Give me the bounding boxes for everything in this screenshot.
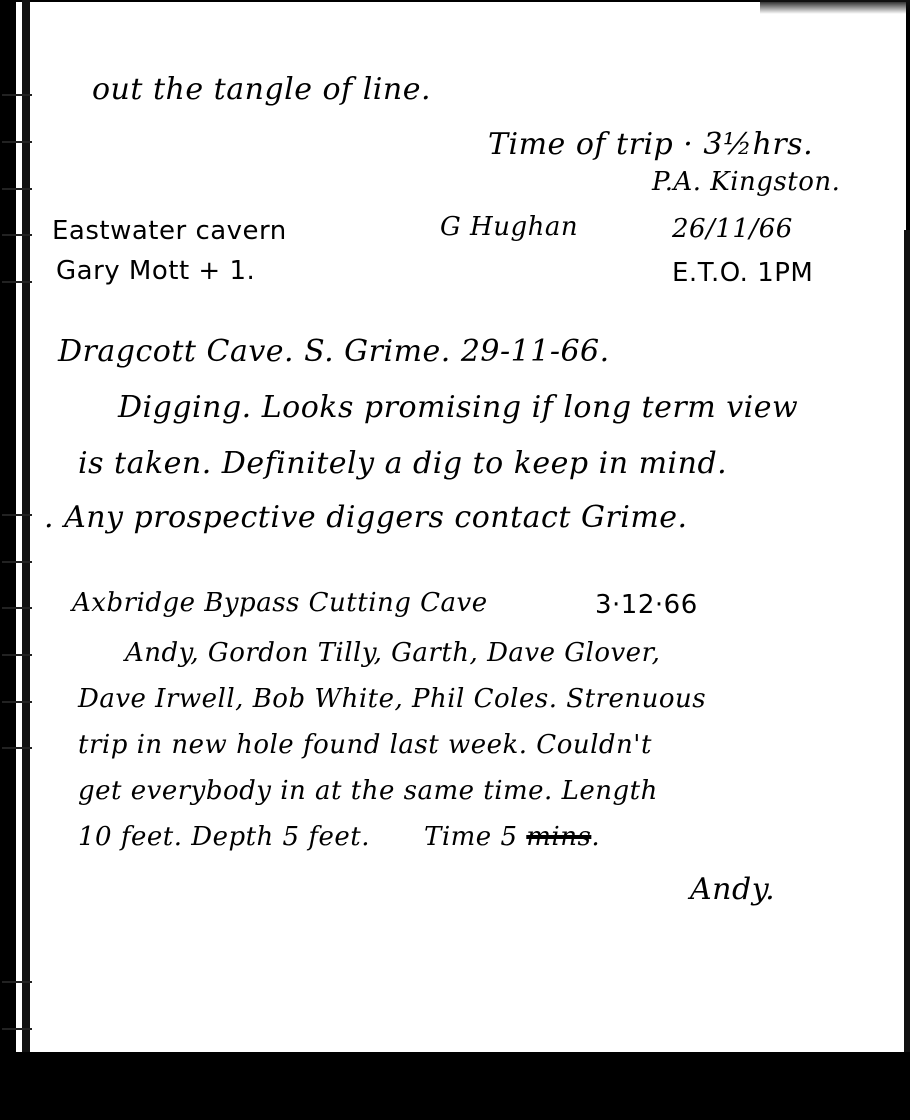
- margin-tick: [2, 747, 32, 749]
- margin-tick: [2, 514, 32, 516]
- entry-line: Time 5 mins.: [424, 822, 600, 852]
- margin-tick: [2, 1028, 32, 1030]
- margin-tick: [2, 141, 32, 143]
- margin-tick: [2, 281, 32, 283]
- entry-party: Gary Mott + 1.: [56, 256, 255, 286]
- entry-time-in: E.T.O. 1PM: [672, 258, 813, 288]
- page-shadow-top: [760, 0, 910, 14]
- entry-date: 3·12·66: [595, 590, 698, 620]
- entry-line: Digging. Looks promising if long term vi…: [118, 390, 798, 425]
- entry-heading: Axbridge Bypass Cutting Cave: [72, 588, 488, 618]
- margin-tick: [2, 188, 32, 190]
- margin-line: [22, 0, 30, 1070]
- line-end: .: [591, 822, 600, 852]
- entry-line: get everybody in at the same time. Lengt…: [78, 776, 658, 806]
- entry-location: Eastwater cavern: [52, 216, 287, 246]
- trip-duration: Time of trip · 3½hrs.: [488, 127, 813, 162]
- margin-tick: [2, 981, 32, 983]
- time-label: Time 5: [424, 822, 518, 852]
- margin-tick: [2, 607, 32, 609]
- struck-word: mins: [526, 822, 591, 852]
- margin-tick: [2, 561, 32, 563]
- entry-line: Dave Irwell, Bob White, Phil Coles. Stre…: [78, 684, 706, 714]
- margin-tick: [2, 94, 32, 96]
- entry-line: is taken. Definitely a dig to keep in mi…: [78, 446, 727, 481]
- entry-leader: G Hughan: [440, 212, 578, 242]
- entry-line: Andy, Gordon Tilly, Garth, Dave Glover,: [125, 638, 660, 668]
- entry-signature: P.A. Kingston.: [652, 167, 840, 197]
- scan-bottom-border: [0, 1052, 910, 1120]
- entry-line: 10 feet. Depth 5 feet.: [78, 822, 370, 852]
- entry-line: trip in new hole found last week. Couldn…: [78, 730, 652, 760]
- margin-tick: [2, 234, 32, 236]
- entry-text-line: out the tangle of line.: [92, 72, 431, 107]
- margin-tick: [2, 654, 32, 656]
- entry-line: . Any prospective diggers contact Grime.: [44, 500, 688, 535]
- entry-heading: Dragcott Cave. S. Grime. 29-11-66.: [58, 334, 610, 369]
- page-edge-right: [904, 230, 910, 1120]
- entry-date: 26/11/66: [672, 214, 793, 244]
- entry-signature: Andy.: [690, 872, 775, 907]
- margin-tick: [2, 701, 32, 703]
